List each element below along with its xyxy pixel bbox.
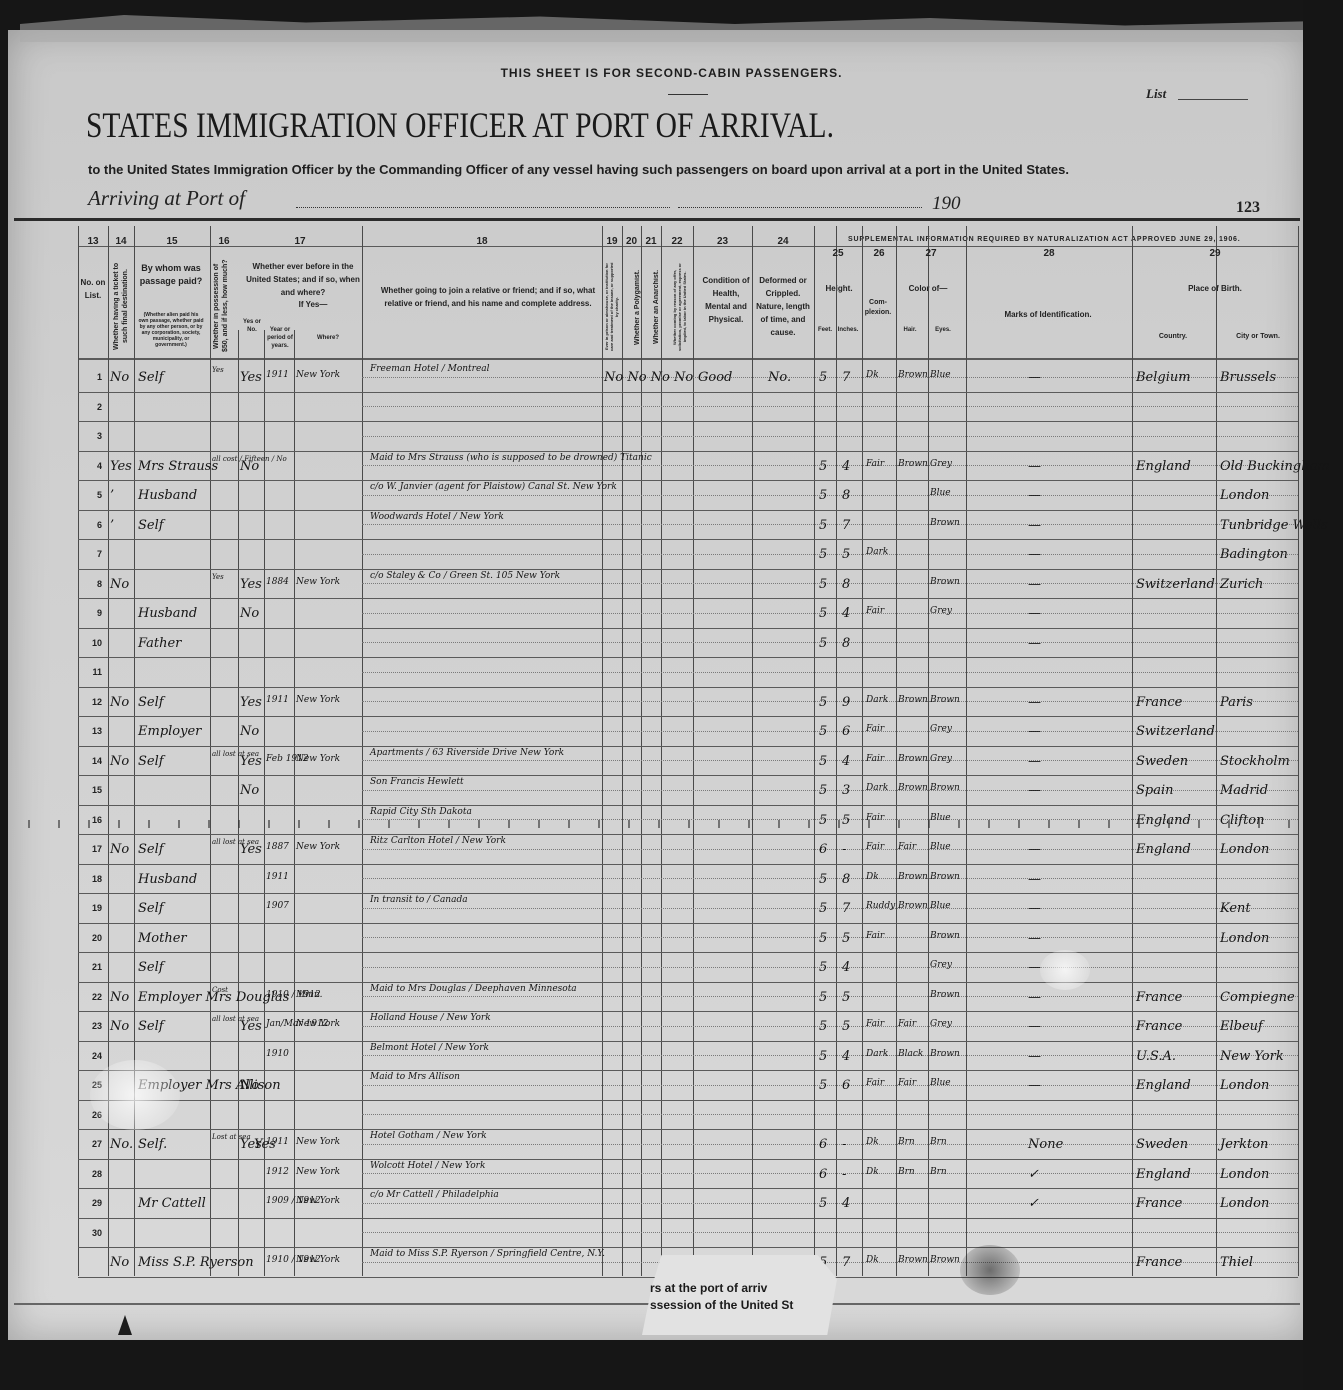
cell-country: Sweden [1136, 754, 1188, 769]
cell-feet: 5 [819, 488, 827, 503]
header-country: Country. [1132, 330, 1214, 343]
header-bottom-rule [78, 358, 1298, 360]
cell-complexion: Dk [866, 370, 879, 380]
manifest-table: SUPPLEMENTAL INFORMATION REQUIRED BY NAT… [78, 226, 1298, 1276]
title-rule [668, 94, 708, 95]
cell-complexion: Fair [866, 1078, 884, 1088]
cell-eyes: Brown [930, 990, 960, 1000]
header-deformed: Deformed or Crippled. Nature, length of … [754, 274, 812, 339]
cell-city: Madrid [1220, 783, 1268, 798]
table-row: 21Self54Grey— [78, 952, 1298, 982]
column-number: 15 [134, 236, 210, 247]
cell-join-relative: Apartments / 63 Riverside Drive New York [370, 748, 564, 758]
column-number: 20 [622, 236, 641, 247]
cell-complexion: Dark [866, 783, 888, 793]
cell-ticket: No [110, 990, 129, 1005]
water-stain [1040, 950, 1090, 990]
year-prefix: 190 [932, 193, 961, 215]
header-city: City or Town. [1218, 330, 1298, 343]
header-polygamist: Whether a Polygamist. [633, 260, 645, 354]
row-number: 27 [78, 1139, 102, 1149]
port-field [296, 207, 670, 208]
cell-questions-19-22: No No No No [604, 370, 693, 385]
cell-passage-paid: Self [138, 518, 164, 533]
cell-ever-before: Yes [240, 842, 262, 857]
table-row: 11 [78, 657, 1298, 687]
cell-ever-before: Yes [240, 754, 262, 769]
cell-feet: 5 [819, 990, 827, 1005]
table-row: 5’Husbandc/o W. Janvier (agent for Plais… [78, 480, 1298, 510]
cell-ever-before: Yes [240, 370, 262, 385]
cell-passage-paid: Self [138, 754, 164, 769]
row-number: 24 [78, 1051, 102, 1061]
triangle-mark-icon [118, 1315, 132, 1335]
row-number: 13 [78, 726, 102, 736]
row-number: 11 [78, 667, 102, 677]
cell-marks: — [1028, 872, 1041, 887]
cell-eyes: Blue [930, 842, 951, 852]
table-row: 13EmployerNo56FairGrey—Switzerland [78, 716, 1298, 746]
cell-eyes: Blue [930, 488, 951, 498]
cell-ticket: No. [110, 1137, 133, 1152]
cell-eyes: Grey [930, 459, 952, 469]
cell-ticket: ’ [110, 488, 114, 503]
cell-inches: 6 [842, 724, 850, 739]
table-row: 755Dark—Badington [78, 539, 1298, 569]
cell-hair: Fair [898, 842, 916, 852]
cell-fifty-dollars: Yes [212, 573, 224, 581]
cell-country: France [1136, 1255, 1182, 1270]
cell-join-relative: c/o Mr Cattell / Philadelphia [370, 1190, 499, 1200]
scan-border [1303, 0, 1343, 1390]
row-number: 4 [78, 461, 102, 471]
cell-inches: 7 [842, 1255, 850, 1270]
column-number: 25 [814, 248, 862, 259]
header-complexion: Com-plexion. [864, 298, 892, 318]
header-marks: Marks of Identification. [968, 308, 1128, 321]
cell-join-relative: Maid to Mrs Strauss (who is supposed to … [370, 453, 652, 463]
cell-feet: 5 [819, 547, 827, 562]
cell-passage-paid: Mother [138, 931, 187, 946]
cell-feet: 5 [819, 459, 827, 474]
cell-complexion: Fair [866, 1019, 884, 1029]
cell-eyes: Brown [930, 1255, 960, 1265]
row-number: 2 [78, 402, 102, 412]
cell-inches: - [842, 842, 846, 857]
row-number: 10 [78, 638, 102, 648]
cell-complexion: Dk [866, 1137, 879, 1147]
cell-ticket: No [110, 1255, 129, 1270]
header-rule [14, 218, 1300, 221]
table-row: 17NoSelfall lost at seaYes1887New YorkRi… [78, 834, 1298, 864]
cell-city: London [1220, 842, 1269, 857]
instruction-text: to the United States Immigration Officer… [88, 162, 1069, 177]
cell-inches: 9 [842, 695, 850, 710]
cell-marks: — [1028, 370, 1041, 385]
cell-passage-paid: Self [138, 1019, 164, 1034]
cell-city: Elbeuf [1220, 1019, 1263, 1034]
cell-ticket: No [110, 370, 129, 385]
cell-marks: — [1028, 1049, 1041, 1064]
cell-feet: 5 [819, 783, 827, 798]
cell-eyes: Blue [930, 901, 951, 911]
table-row: 1NoSelfYesYes1911New YorkFreeman Hotel /… [78, 362, 1298, 392]
cell-inches: 8 [842, 577, 850, 592]
row-number: 20 [78, 933, 102, 943]
cell-marks: ✓ [1028, 1167, 1039, 1182]
cell-marks: — [1028, 990, 1041, 1005]
cell-inches: 4 [842, 459, 850, 474]
torn-top-edge [20, 12, 1320, 42]
cell-feet: 5 [819, 518, 827, 533]
cell-ticket: No [110, 577, 129, 592]
cell-passage-paid: Employer [138, 724, 201, 739]
list-number-field [1178, 99, 1248, 100]
row-number: 21 [78, 962, 102, 972]
cell-inches: - [842, 1167, 846, 1182]
cell-complexion: Dk [866, 872, 879, 882]
cell-inches: 8 [842, 488, 850, 503]
cell-country: England [1136, 459, 1191, 474]
cell-hair: Brown [898, 695, 928, 705]
cell-marks: — [1028, 931, 1041, 946]
cell-feet: 6 [819, 1137, 827, 1152]
cell-where: New York [296, 754, 340, 764]
column-number: 24 [752, 236, 814, 247]
cell-inches: 6 [842, 1078, 850, 1093]
cell-inches: 7 [842, 518, 850, 533]
header-ever-before: Whether ever before in the United States… [244, 260, 362, 299]
cell-marks: — [1028, 636, 1041, 651]
cell-feet: 6 [819, 842, 827, 857]
cell-feet: 5 [819, 636, 827, 651]
cell-eyes: Brown [930, 577, 960, 587]
cell-inches: 4 [842, 1049, 850, 1064]
cell-complexion: Dk [866, 1255, 879, 1265]
table-row: 2 [78, 392, 1298, 422]
table-row: 281912New YorkWolcott Hotel / New York6-… [78, 1159, 1298, 1189]
cell-ever-before: No [240, 724, 259, 739]
row-number: 17 [78, 844, 102, 854]
header-health: Condition of Health, Mental and Physical… [700, 274, 752, 326]
cell-feet: 5 [819, 1049, 827, 1064]
cell-year: 1887 [266, 842, 289, 852]
cell-hair: Fair [898, 1019, 916, 1029]
cell-ticket: No [110, 754, 129, 769]
column-number: 16 [210, 236, 238, 247]
cell-inches: 4 [842, 606, 850, 621]
cell-eyes: Brown [930, 931, 960, 941]
cell-ever-before: No [240, 783, 259, 798]
cell-join-relative: Ritz Carlton Hotel / New York [370, 836, 506, 846]
cell-join-relative: Freeman Hotel / Montreal [370, 364, 490, 374]
cell-inches: 4 [842, 960, 850, 975]
cell-eyes: Grey [930, 724, 952, 734]
cell-marks: — [1028, 783, 1041, 798]
cell-feet: 5 [819, 872, 827, 887]
row-number: 14 [78, 756, 102, 766]
cell-city: Jerkton [1220, 1137, 1268, 1152]
footer-line-2: ssession of the United St [650, 1297, 793, 1314]
cell-where: New York [296, 1255, 340, 1265]
row-number: 1 [78, 372, 102, 382]
cell-feet: 5 [819, 931, 827, 946]
cell-year: 1884 [266, 577, 289, 587]
table-row: 18Husband191158DkBrownBrown— [78, 864, 1298, 894]
cell-marks: — [1028, 695, 1041, 710]
ink-blot [960, 1245, 1020, 1295]
cell-inches: 4 [842, 1196, 850, 1211]
cell-ticket: No [110, 842, 129, 857]
cell-where: New York [296, 577, 340, 587]
water-stain [90, 1060, 180, 1130]
cell-join-relative: Maid to Mrs Allison [370, 1072, 460, 1082]
cell-ever-before: No [240, 1078, 259, 1093]
table-row: 30 [78, 1218, 1298, 1248]
page-number: 123 [1236, 199, 1260, 217]
table-row: 241910Belmont Hotel / New York54DarkBlac… [78, 1041, 1298, 1071]
cell-marks: — [1028, 842, 1041, 857]
header-if-yes: If Yes— [268, 298, 358, 311]
cell-inches: 3 [842, 783, 850, 798]
cell-where: New York [296, 1019, 340, 1029]
cell-hair: Fair [898, 1078, 916, 1088]
cell-passage-paid: Mrs Strauss [138, 459, 218, 474]
page-title: STATES IMMIGRATION OFFICER AT PORT OF AR… [86, 104, 834, 146]
header-hair: Hair. [896, 324, 924, 337]
row-number: 7 [78, 549, 102, 559]
cell-fifty-dollars: Yes [212, 366, 224, 374]
header-where: Where? [298, 332, 358, 345]
table-row: 12NoSelfYes1911New York59DarkBrownBrown—… [78, 687, 1298, 717]
cell-health: Good [698, 370, 732, 385]
cell-join-relative: c/o Staley & Co / Green St. 105 New York [370, 571, 560, 581]
cell-city: Kent [1220, 901, 1251, 916]
cell-year: 1911 [266, 1137, 289, 1147]
cell-eyes: Brn [930, 1137, 947, 1147]
header-contract-labor: Whether coming by reason of any offer, s… [672, 260, 686, 354]
cell-complexion: Dark [866, 695, 888, 705]
cell-feet: 5 [819, 901, 827, 916]
cell-inches: 4 [842, 754, 850, 769]
header-place-of-birth: Place of Birth. [1132, 282, 1298, 295]
cell-where: New York [296, 370, 340, 380]
cell-country: Spain [1136, 783, 1174, 798]
table-row: 9HusbandNo54FairGrey— [78, 598, 1298, 628]
table-row: 20Mother55FairBrown—London [78, 923, 1298, 953]
cell-hair: Brown [898, 459, 928, 469]
table-row: 25Employer Mrs AllisonNoMaid to Mrs Alli… [78, 1070, 1298, 1100]
cell-city: Badington [1220, 547, 1288, 562]
cell-complexion: Ruddy [866, 901, 895, 911]
cell-feet: 5 [819, 577, 827, 592]
cell-hair: Brown [898, 901, 928, 911]
cell-country: England [1136, 842, 1191, 857]
cell-feet: 6 [819, 1167, 827, 1182]
cell-ever-before: Yes [240, 577, 262, 592]
cell-marks: — [1028, 901, 1041, 916]
cell-where: Minn. [296, 990, 323, 1000]
table-row: 26 [78, 1100, 1298, 1130]
cell-passage-paid: Self [138, 842, 164, 857]
column-number: 13 [78, 236, 108, 247]
table-row: 8NoYesYes1884New Yorkc/o Staley & Co / G… [78, 569, 1298, 599]
cell-complexion: Fair [866, 724, 884, 734]
cell-join-relative: Hotel Gotham / New York [370, 1131, 487, 1141]
arriving-port-label: Arriving at Port of [88, 186, 245, 211]
cell-year: 1911 [266, 370, 289, 380]
row-number: 29 [78, 1198, 102, 1208]
cell-city: London [1220, 1078, 1269, 1093]
cell-join-relative: Maid to Mrs Douglas / Deephaven Minnesot… [370, 984, 577, 994]
cell-feet: 5 [819, 724, 827, 739]
cell-marks: None [1028, 1137, 1063, 1152]
cell-hair: Brown [898, 1255, 928, 1265]
cell-country: France [1136, 695, 1182, 710]
cell-passage-paid: Self. [138, 1137, 167, 1152]
table-row: 19Self1907In transit to / Canada57RuddyB… [78, 893, 1298, 923]
cell-city: Thiel [1220, 1255, 1253, 1270]
cell-inches: 8 [842, 872, 850, 887]
cell-year: 1907 [266, 901, 289, 911]
supplemental-heading: SUPPLEMENTAL INFORMATION REQUIRED BY NAT… [848, 236, 1241, 243]
cell-where: New York [296, 842, 340, 852]
cell-feet: 5 [819, 754, 827, 769]
cell-join-relative: Maid to Miss S.P. Ryerson / Springfield … [370, 1249, 605, 1259]
cell-hair: Brn [898, 1137, 915, 1147]
cell-complexion: Fair [866, 754, 884, 764]
cell-inches: 5 [842, 547, 850, 562]
row-number: 12 [78, 697, 102, 707]
torn-footer-text: rs at the port of arriv ssession of the … [650, 1280, 793, 1314]
cell-city: Stockholm [1220, 754, 1290, 769]
cell-complexion: Dk [866, 1167, 879, 1177]
cell-year: 1910 [266, 1049, 289, 1059]
cell-join-relative: Belmont Hotel / New York [370, 1043, 489, 1053]
cell-passage-paid: Father [138, 636, 181, 651]
sheet-subtitle: THIS SHEET IS FOR SECOND-CABIN PASSENGER… [0, 66, 1343, 80]
cell-marks: ✓ [1028, 1196, 1039, 1211]
table-row: 3 [78, 421, 1298, 451]
row-number: 5 [78, 490, 102, 500]
column-number: 21 [641, 236, 661, 247]
cell-passage-paid: Mr Cattell [138, 1196, 206, 1211]
header-anarchist: Whether an Anarchist. [652, 260, 664, 354]
cell-ever-before: Yes [240, 1019, 262, 1034]
cell-inches: 5 [842, 1019, 850, 1034]
cell-ticket: No [110, 1019, 129, 1034]
cell-marks: — [1028, 754, 1041, 769]
cell-country: France [1136, 1196, 1182, 1211]
cell-marks: — [1028, 606, 1041, 621]
cell-marks: — [1028, 1078, 1041, 1093]
cell-eyes: Blue [930, 370, 951, 380]
cell-eyes: Brn [930, 1167, 947, 1177]
table-row: 23NoSelfall lost at seaYesJan/Mar 1912Ne… [78, 1011, 1298, 1041]
cell-eyes: Blue [930, 1078, 951, 1088]
cell-year: 1911 [266, 695, 289, 705]
cell-city: London [1220, 1196, 1269, 1211]
cell-join-relative: Wolcott Hotel / New York [370, 1161, 485, 1171]
cell-deformed: No. [768, 370, 791, 385]
column-number: 22 [661, 236, 693, 247]
cell-feet: 5 [819, 606, 827, 621]
cell-where: New York [296, 1167, 340, 1177]
cell-ever-before: No [240, 459, 259, 474]
cell-join-relative: Son Francis Hewlett [370, 777, 464, 787]
cell-country: Sweden [1136, 1137, 1188, 1152]
cell-inches: 5 [842, 931, 850, 946]
header-ticket: Whether having a ticket to such final de… [112, 256, 132, 356]
cell-where: New York [296, 1196, 340, 1206]
cell-marks: — [1028, 724, 1041, 739]
cell-marks: — [1028, 488, 1041, 503]
column-number: 28 [966, 248, 1132, 259]
cell-city: Brussels [1220, 370, 1276, 385]
header-no-on-list: No. on List. [78, 276, 108, 302]
cell-eyes: Brown [930, 872, 960, 882]
header-fifty-dollars: Whether in possession of $50, and if les… [212, 256, 234, 356]
cell-marks: — [1028, 577, 1041, 592]
cell-city: Compiegne [1220, 990, 1295, 1005]
table-row: 10Father58— [78, 628, 1298, 658]
cell-hair: Black [898, 1049, 923, 1059]
cell-ticket: Yes [110, 459, 132, 474]
cell-inches: 5 [842, 990, 850, 1005]
cell-eyes: Brown [930, 518, 960, 528]
cell-passage-paid: Husband [138, 872, 197, 887]
row-number: 19 [78, 903, 102, 913]
row-number: 23 [78, 1021, 102, 1031]
row-number: 18 [78, 874, 102, 884]
cell-complexion: Dark [866, 547, 888, 557]
date-field [678, 207, 922, 208]
cell-inches: 8 [842, 636, 850, 651]
cell-marks: — [1028, 459, 1041, 474]
cell-hair: Brown [898, 370, 928, 380]
cell-country: England [1136, 1078, 1191, 1093]
footer-line-1: rs at the port of arriv [650, 1280, 793, 1297]
cell-city: London [1220, 931, 1269, 946]
cell-join-relative: Rapid City Sth Dakota [370, 807, 472, 817]
row-number: 3 [78, 431, 102, 441]
cell-marks: — [1028, 960, 1041, 975]
cell-eyes: Grey [930, 1019, 952, 1029]
cell-complexion: Fair [866, 842, 884, 852]
header-prison: Ever in prison or almshouse, or institut… [604, 260, 616, 354]
cell-hair: Brn [898, 1167, 915, 1177]
column-number: 23 [693, 236, 752, 247]
cell-feet: 5 [819, 960, 827, 975]
table-row: 14NoSelfall lost at seaYesFeb 1912New Yo… [78, 746, 1298, 776]
column-number: 27 [896, 248, 966, 259]
cell-year: 1911 [266, 872, 289, 882]
cell-city: London [1220, 488, 1269, 503]
header-yes-no: Yes or No. [242, 318, 262, 334]
cell-join-relative: Woodwards Hotel / New York [370, 512, 504, 522]
row-number: 6 [78, 520, 102, 530]
header-passage-paid: By whom was passage paid? [136, 262, 206, 288]
table-row: 6’SelfWoodwards Hotel / New York57Brown—… [78, 510, 1298, 540]
cell-passage-paid: Self [138, 901, 164, 916]
cell-country: U.S.A. [1136, 1049, 1176, 1064]
header-year: Year or period of years. [266, 326, 294, 350]
cell-passage-paid: Miss S.P. Ryerson [138, 1255, 254, 1270]
row-number: 8 [78, 579, 102, 589]
cell-join-relative: Holland House / New York [370, 1013, 491, 1023]
cell-marks: — [1028, 547, 1041, 562]
table-row: 27No.Self.Lost at seaYesYes1911New YorkH… [78, 1129, 1298, 1159]
